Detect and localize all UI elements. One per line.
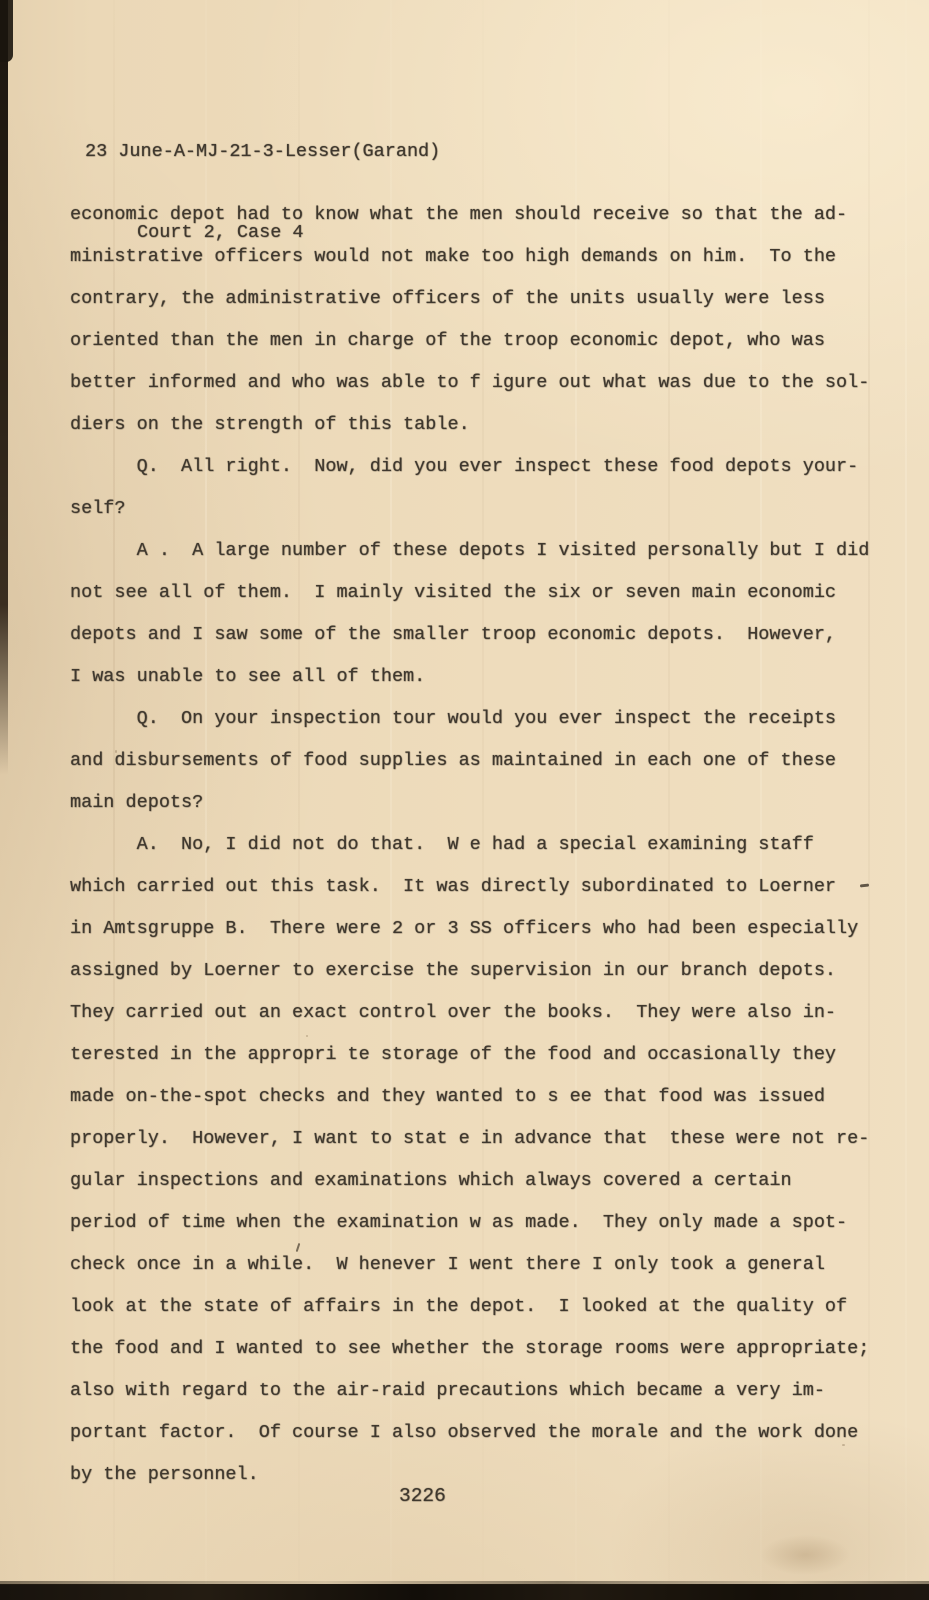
text-line: by the personnel.	[70, 1454, 869, 1496]
text-line: I was unable to see all of them.	[70, 656, 869, 698]
text-line: in Amtsgruppe B. There were 2 or 3 SS of…	[70, 908, 869, 950]
scan-edge-left	[0, 0, 8, 775]
paper-speck	[306, 1035, 308, 1037]
text-line: not see all of them. I mainly visited th…	[70, 572, 869, 614]
paper-speck	[652, 252, 655, 255]
text-line: Q. All right. Now, did you ever inspect …	[70, 446, 869, 488]
text-line: period of time when the examination w as…	[70, 1202, 869, 1244]
text-line: check once in a while. W henever I went …	[70, 1244, 869, 1286]
text-line: portant factor. Of course I also observe…	[70, 1412, 869, 1454]
text-line: A. No, I did not do that. W e had a spec…	[70, 824, 869, 866]
text-line: ministrative officers would not make too…	[70, 236, 869, 278]
text-line: and disbursements of food supplies as ma…	[70, 740, 869, 782]
page-number: 3226	[399, 1482, 446, 1510]
text-line: A . A large number of these depots I vis…	[70, 530, 869, 572]
scan-edge-corner	[0, 0, 13, 62]
scan-edge-bottom	[0, 1584, 929, 1600]
text-line: contrary, the administrative officers of…	[70, 278, 869, 320]
header-line-1: 23 June-A-MJ-21-3-Lesser(Garand)	[85, 138, 440, 165]
text-line: which carried out this task. It was dire…	[70, 866, 869, 908]
text-line: gular inspections and examinations which…	[70, 1160, 869, 1202]
scanned-page: 23 June-A-MJ-21-3-Lesser(Garand) Court 2…	[0, 0, 929, 1600]
text-line: terested in the appropri te storage of t…	[70, 1034, 869, 1076]
text-line: assigned by Loerner to exercise the supe…	[70, 950, 869, 992]
text-line: properly. However, I want to stat e in a…	[70, 1118, 869, 1160]
document-body: economic depot had to know what the men …	[70, 194, 869, 1496]
text-line: Q. On your inspection tour would you eve…	[70, 698, 869, 740]
text-line: depots and I saw some of the smaller tro…	[70, 614, 869, 656]
paper-speck	[115, 750, 117, 753]
text-line: oriented than the men in charge of the t…	[70, 320, 869, 362]
text-line: self?	[70, 488, 869, 530]
text-line: main depots?	[70, 782, 869, 824]
text-line: also with regard to the air-raid precaut…	[70, 1370, 869, 1412]
text-line: the food and I wanted to see whether the…	[70, 1328, 869, 1370]
paper-speck	[842, 1444, 845, 1446]
text-line: look at the state of affairs in the depo…	[70, 1286, 869, 1328]
text-line: economic depot had to know what the men …	[70, 194, 869, 236]
text-line: made on-the-spot checks and they wanted …	[70, 1076, 869, 1118]
text-line: They carried out an exact control over t…	[70, 992, 869, 1034]
text-line: better informed and who was able to f ig…	[70, 362, 869, 404]
scan-smudge	[760, 1535, 850, 1575]
fold-line	[905, 0, 907, 1584]
text-line: diers on the strength of this table.	[70, 404, 869, 446]
